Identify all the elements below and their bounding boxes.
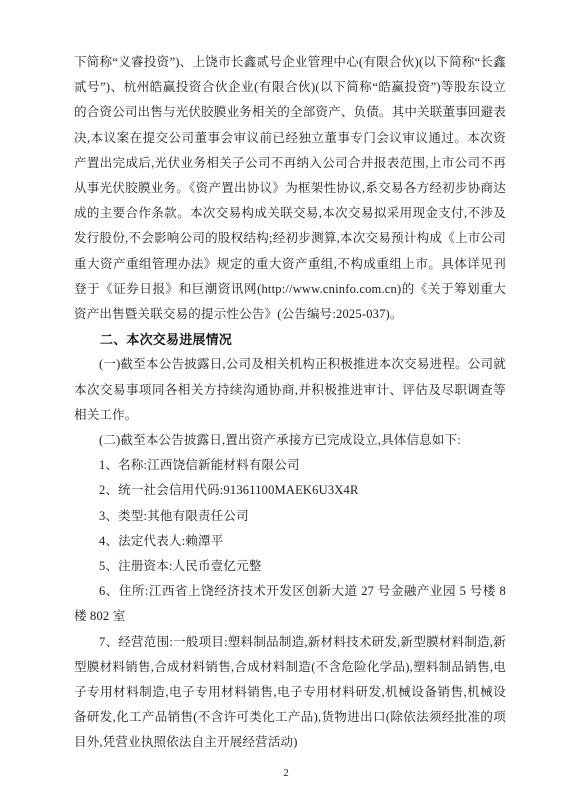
entity-item-address: 6、住所:江西省上饶经济技术开发区创新大道 27 号金融产业园 5 号楼 8 楼… (74, 579, 506, 629)
entity-item-business-scope: 7、经营范围:一般项目:塑料制品制造,新材料技术研发,新型膜材料制造,新型膜材料… (74, 630, 506, 756)
entity-item-legal-representative: 4、法定代表人:赖潭平 (74, 529, 506, 554)
document-page: 下简称“义睿投资”)、上饶市长鑫贰号企业管理中心(有限合伙)(以下简称“长鑫贰号… (0, 0, 572, 812)
continuation-paragraph: 下简称“义睿投资”)、上饶市长鑫贰号企业管理中心(有限合伙)(以下简称“长鑫贰号… (74, 50, 506, 327)
entity-item-credit-code: 2、统一社会信用代码:91361100MAEK6U3X4R (74, 478, 506, 503)
page-number: 2 (0, 767, 572, 779)
entity-item-name: 1、名称:江西饶信新能材料有限公司 (74, 453, 506, 478)
entity-item-registered-capital: 5、注册资本:人民币壹亿元整 (74, 554, 506, 579)
document-body: 下简称“义睿投资”)、上饶市长鑫贰号企业管理中心(有限合伙)(以下简称“长鑫贰号… (74, 50, 506, 756)
entity-item-type: 3、类型:其他有限责任公司 (74, 504, 506, 529)
progress-paragraph-2: (二)截至本公告披露日,置出资产承接方已完成设立,具体信息如下: (74, 428, 506, 453)
section-heading-transaction-progress: 二、本次交易进展情况 (74, 327, 506, 352)
progress-paragraph-1: (一)截至本公告披露日,公司及相关机构正积极推进本次交易进程。公司就本次交易事项… (74, 352, 506, 428)
